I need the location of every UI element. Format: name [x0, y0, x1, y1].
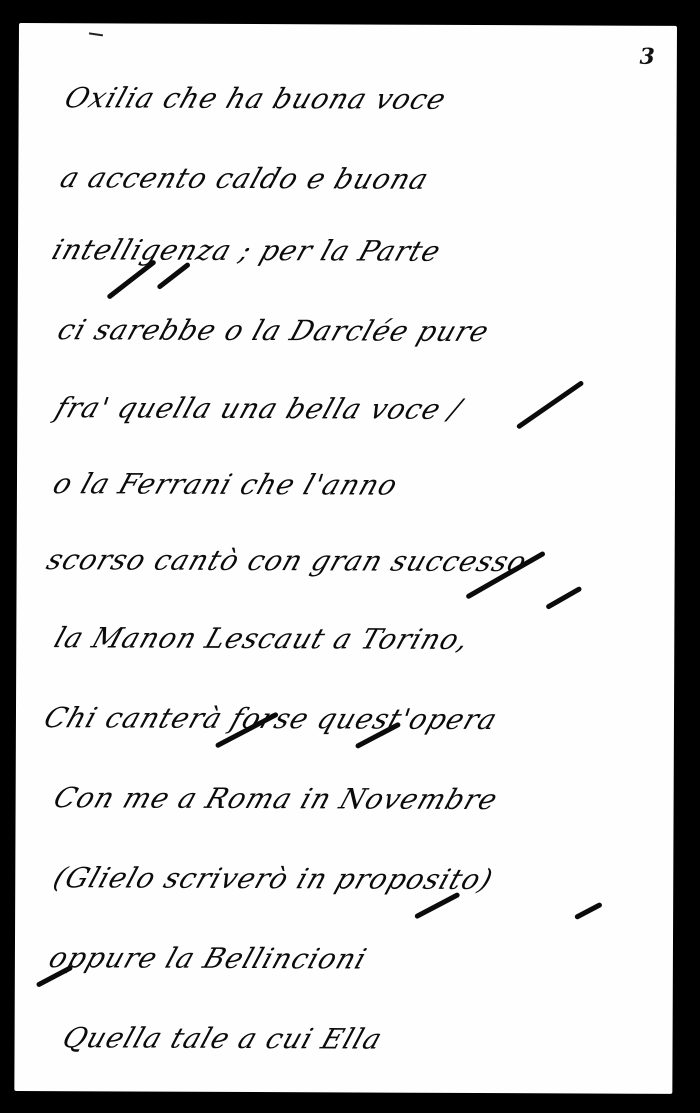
- letter-line-11: (Glielo scriverò in proposito): [49, 861, 497, 896]
- page-number: 3: [639, 44, 654, 70]
- letter-line-4: ci sarebbe o la Darclée pure: [54, 313, 494, 348]
- letter-line-1: Oxilia che ha buona voce: [61, 81, 451, 116]
- letter-line-10: Con me a Roma in Novembre: [50, 781, 503, 816]
- letter-line-7: scorso cantò con gran successo: [43, 543, 532, 578]
- letter-line-13: Quella tale a cui Ella: [59, 1021, 388, 1055]
- ink-flourish: [574, 902, 603, 920]
- letter-line-5: fra' quella una bella voce /: [51, 391, 466, 426]
- letter-line-8: la Manon Lescaut a Torino,: [50, 621, 474, 656]
- letter-line-2: a accento caldo e buona: [56, 161, 433, 196]
- letter-page: 3 Oxilia che ha buona voce a accento cal…: [14, 23, 677, 1094]
- ink-flourish: [414, 892, 461, 920]
- ink-mark: [89, 32, 103, 36]
- letter-line-12: oppure la Bellincioni: [45, 941, 372, 975]
- ink-flourish: [516, 380, 585, 430]
- letter-line-6: o la Ferrani che l'anno: [49, 467, 402, 501]
- ink-flourish: [545, 586, 582, 610]
- letter-line-3: intelligenza ; per la Parte: [48, 233, 446, 268]
